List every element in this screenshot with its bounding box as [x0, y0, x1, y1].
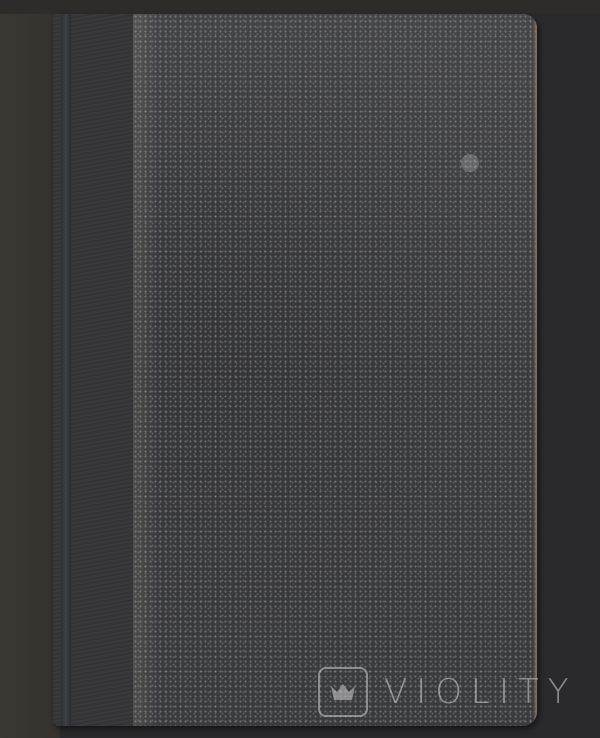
watermark-text: VIOLITY	[384, 672, 578, 712]
cover-stain	[461, 154, 479, 172]
background-left	[0, 0, 60, 738]
book	[53, 14, 537, 726]
crown-icon	[318, 667, 368, 717]
spine-hinge	[61, 14, 71, 726]
cover-edge-highlight	[133, 14, 159, 726]
cover-worn-edge	[533, 14, 537, 726]
watermark: VIOLITY	[318, 667, 578, 717]
book-cover	[133, 14, 537, 726]
background-top	[0, 0, 600, 14]
